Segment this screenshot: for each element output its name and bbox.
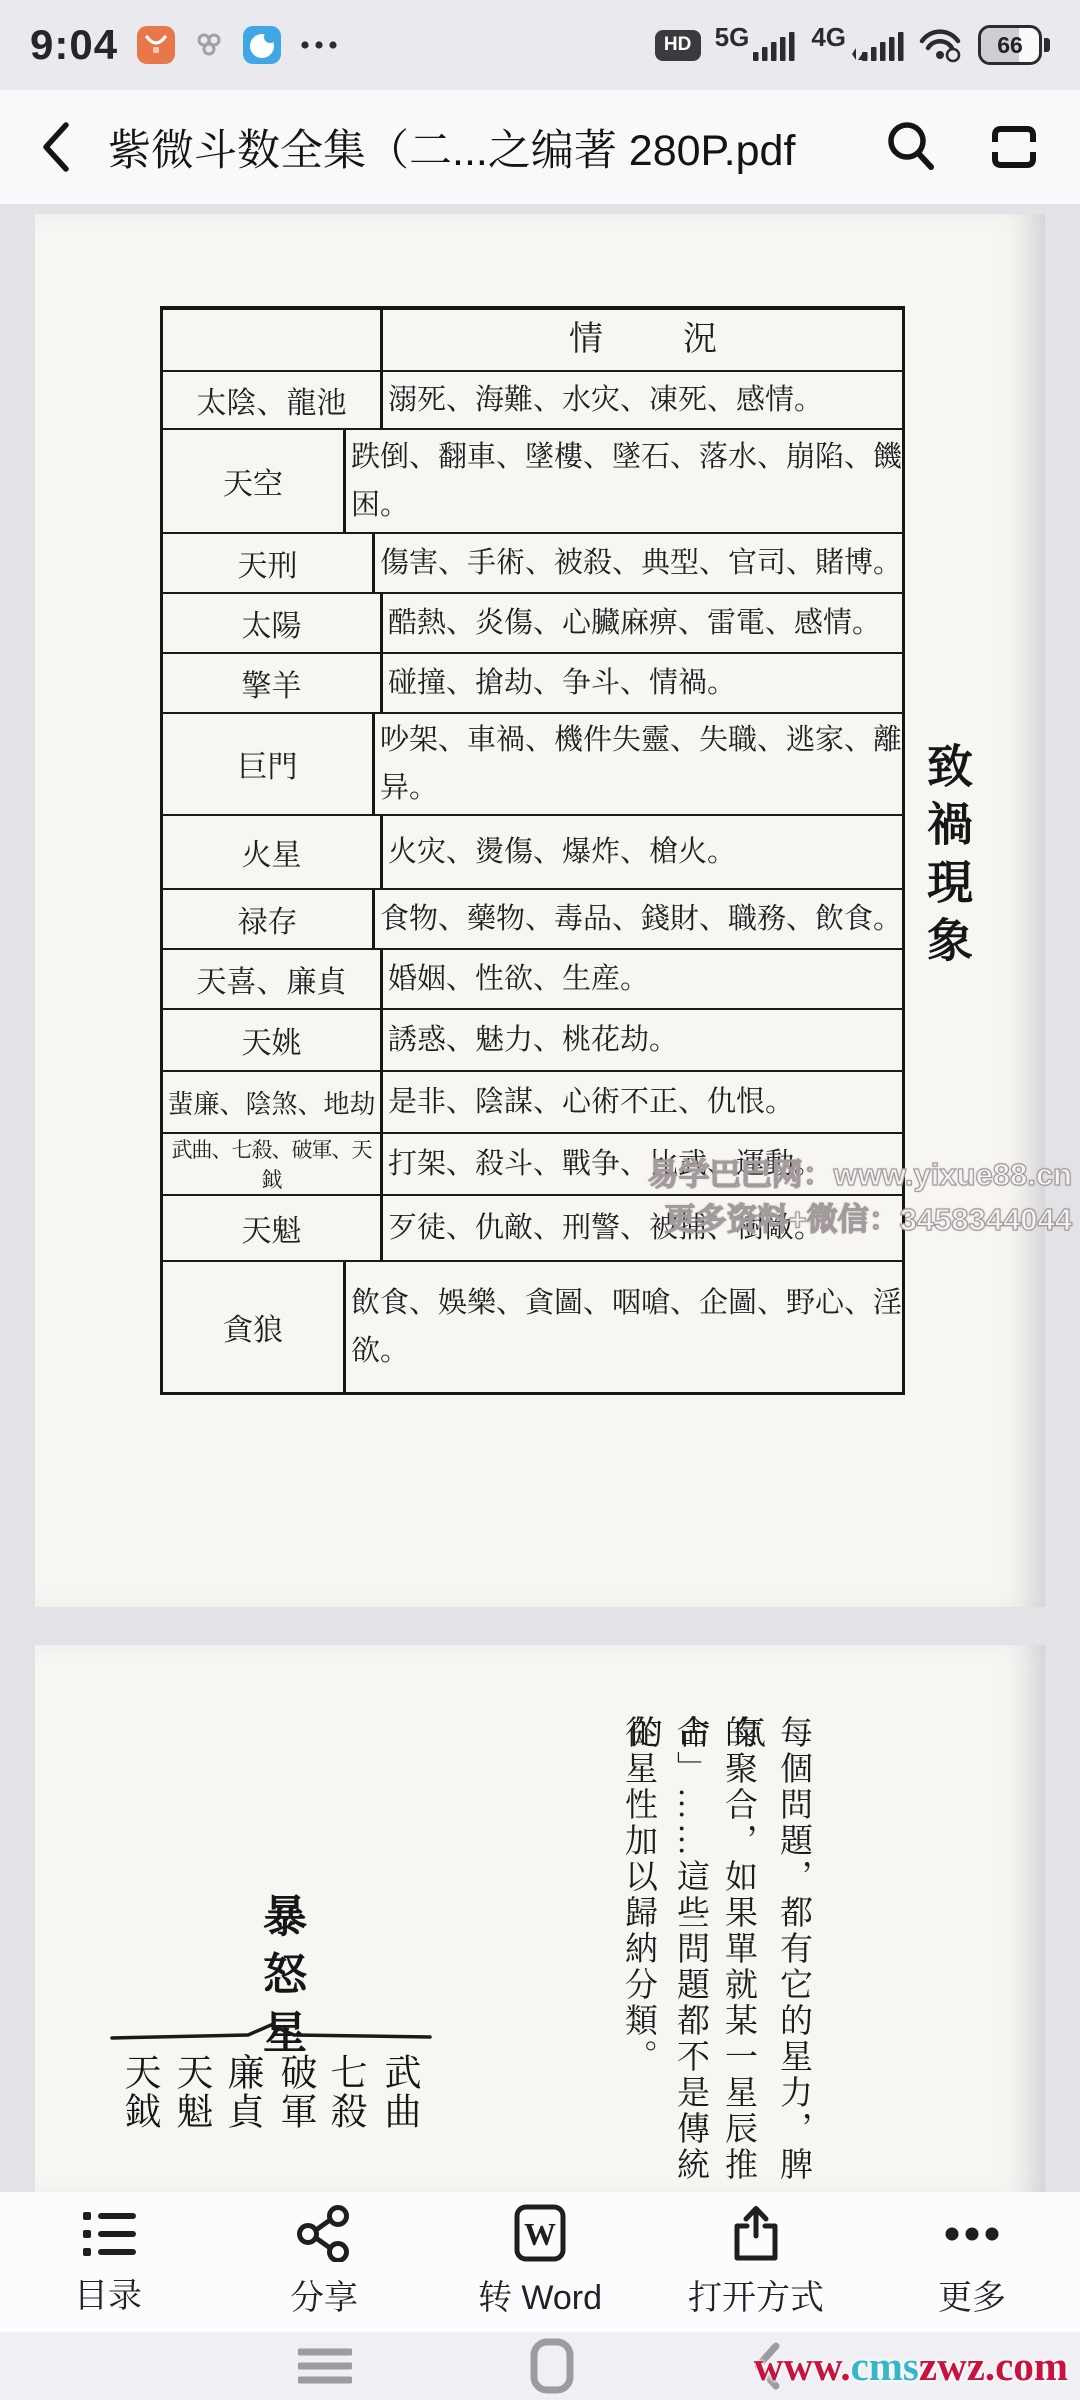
star-name-cell: 天魁 bbox=[163, 1196, 383, 1260]
star-name: 廉貞 bbox=[228, 2053, 268, 2131]
star-name: 天魁 bbox=[177, 2053, 217, 2131]
status-bar: 9:04 HD bbox=[0, 0, 1080, 90]
pdf-canvas[interactable]: 情 況 太陰、龍池 溺死、海難、水灾、凍死、感情。 天空 跌倒、翻車、墜樓、墜石… bbox=[0, 205, 1080, 2400]
vertical-text-column: 的聚合，如果單就某一星辰推占 bbox=[720, 1715, 762, 2195]
situation-cell: 吵架、車禍、機件失靈、失職、逃家、離 异。 bbox=[375, 714, 902, 814]
double-bracket-icon[interactable] bbox=[986, 120, 1042, 174]
situation-cell: 飲食、娛樂、貪圖、咽嗆、企圖、野心、淫 欲。 bbox=[346, 1262, 902, 1392]
star-name-cell: 太陰、龍池 bbox=[163, 372, 383, 428]
star-name-cell: 天姚 bbox=[163, 1010, 383, 1070]
situation-cell: 碰撞、搶劫、争斗、情禍。 bbox=[383, 654, 902, 712]
star-name-cell: 禄存 bbox=[163, 890, 375, 948]
word-doc-icon: W bbox=[510, 2204, 570, 2262]
brace-line bbox=[110, 2021, 432, 2041]
star-name-cell: 天喜、廉貞 bbox=[163, 950, 383, 1008]
table-header-row: 情 況 bbox=[163, 310, 902, 370]
site-watermark: www.cmszwz.com bbox=[754, 2342, 1068, 2390]
toolbar-item-more[interactable]: 更多 bbox=[864, 2192, 1080, 2332]
table-row: 擎羊 碰撞、搶劫、争斗、情禍。 bbox=[163, 652, 902, 712]
situation-cell: 溺死、海難、水灾、凍死、感情。 bbox=[383, 372, 902, 428]
back-chevron-icon[interactable] bbox=[38, 119, 74, 175]
signal-4g: 4G bbox=[811, 28, 904, 62]
star-name-cell: 武曲、七殺、破軍、天鉞 bbox=[163, 1134, 383, 1194]
star-name-cell: 天刑 bbox=[163, 534, 375, 592]
situation-cell: 傷害、手術、被殺、典型、官司、賭博。 bbox=[375, 534, 902, 592]
situation-cell: 酷熱、炎傷、心臟麻痹、雷電、感情。 bbox=[383, 594, 902, 652]
app-header: 紫微斗数全集（二...之编著 280P.pdf bbox=[0, 90, 1080, 205]
home-icon[interactable] bbox=[530, 2338, 574, 2394]
table-row: 天姚 誘惑、魅力、桃花劫。 bbox=[163, 1008, 902, 1070]
bottom-toolbar: 目录 分享 W 转 Word 打开方式 bbox=[0, 2192, 1080, 2333]
table-row: 太陰、龍池 溺死、海難、水灾、凍死、感情。 bbox=[163, 370, 902, 428]
star-name-cell: 蜚廉、陰煞、地劫 bbox=[163, 1072, 383, 1132]
yixue-watermark-line1: 易学巴巴网：www.yixue88.cn bbox=[648, 1152, 1072, 1197]
mi-store-icon bbox=[136, 25, 176, 65]
star-name: 破軍 bbox=[281, 2053, 321, 2131]
list-icon bbox=[77, 2204, 139, 2260]
table-row: 天喜、廉貞 婚姻、性欲、生産。 bbox=[163, 948, 902, 1008]
signal-bars-icon bbox=[850, 28, 904, 62]
star-name-cell: 天空 bbox=[163, 430, 346, 532]
moon-app-icon bbox=[242, 25, 282, 65]
situation-cell: 誘惑、魅力、桃花劫。 bbox=[383, 1010, 902, 1070]
table-row: 巨門 吵架、車禍、機件失靈、失職、逃家、離 异。 bbox=[163, 712, 902, 814]
yixue-watermark: 易学巴巴网：www.yixue88.cn 更多资料+微信：3458344044 bbox=[648, 1152, 1072, 1242]
open-with-icon bbox=[726, 2204, 786, 2262]
yixue-watermark-line2: 更多资料+微信：3458344044 bbox=[648, 1197, 1072, 1242]
clock: 9:04 bbox=[30, 21, 118, 69]
situation-cell: 火灾、燙傷、爆炸、槍火。 bbox=[383, 816, 902, 888]
site-watermark-www: www. bbox=[754, 2343, 851, 2389]
wifi-icon bbox=[918, 27, 964, 63]
pdf-page-1: 情 況 太陰、龍池 溺死、海難、水灾、凍死、感情。 天空 跌倒、翻車、墜樓、墜石… bbox=[35, 214, 1045, 1607]
table-row: 天空 跌倒、翻車、墜樓、墜石、落水、崩陷、饑 困。 bbox=[163, 428, 902, 532]
clover-icon bbox=[194, 32, 224, 58]
battery-indicator: 66 bbox=[978, 25, 1050, 65]
situation-cell: 婚姻、性欲、生産。 bbox=[383, 950, 902, 1008]
vertical-text-column: 每個問題，都有它的星力，脾氣 bbox=[775, 1715, 817, 2195]
table-row: 禄存 食物、藥物、毒品、錢財、職務、飲食。 bbox=[163, 888, 902, 948]
document-title: 紫微斗数全集（二...之编著 280P.pdf bbox=[108, 117, 864, 178]
table-row: 天刑 傷害、手術、被殺、典型、官司、賭博。 bbox=[163, 532, 902, 592]
toolbar-item-catalog[interactable]: 目录 bbox=[0, 2192, 216, 2332]
star-name-cell: 火星 bbox=[163, 816, 383, 888]
vertical-text-column: 命」……這些問題都不是傳統的 bbox=[672, 1715, 714, 2195]
svg-text:W: W bbox=[524, 2216, 556, 2252]
star-name: 天鉞 bbox=[125, 2053, 165, 2131]
table-row: 貪狼 飲食、娛樂、貪圖、咽嗆、企圖、野心、淫 欲。 bbox=[163, 1260, 902, 1392]
hd-badge: HD bbox=[655, 30, 701, 61]
more-dots-icon bbox=[941, 2204, 1003, 2262]
star-name-cell: 太陽 bbox=[163, 594, 383, 652]
side-caption: 致禍現象 bbox=[913, 742, 979, 974]
star-name: 武曲 bbox=[385, 2053, 425, 2131]
more-dots-icon bbox=[300, 40, 342, 50]
recents-icon[interactable] bbox=[298, 2343, 352, 2389]
table-row: 蜚廉、陰煞、地劫 是非、陰謀、心術不正、仇恨。 bbox=[163, 1070, 902, 1132]
share-icon bbox=[295, 2204, 353, 2262]
table-row: 太陽 酷熱、炎傷、心臟麻痹、雷電、感情。 bbox=[163, 592, 902, 652]
situation-cell: 食物、藥物、毒品、錢財、職務、飲食。 bbox=[375, 890, 902, 948]
star-name: 七殺 bbox=[331, 2053, 371, 2131]
situation-cell: 是非、陰謀、心術不正、仇恨。 bbox=[383, 1072, 902, 1132]
battery-nub bbox=[1044, 38, 1050, 52]
site-watermark-zwz: zwz.com bbox=[919, 2343, 1068, 2389]
vertical-text-column: 從星性加以歸納分類。 bbox=[620, 1715, 662, 2075]
situation-cell: 跌倒、翻車、墜樓、墜石、落水、崩陷、饑 困。 bbox=[346, 430, 902, 532]
search-icon[interactable] bbox=[884, 120, 938, 174]
toolbar-item-to-word[interactable]: W 转 Word bbox=[432, 2192, 648, 2332]
pdf-page-2: 每個問題，都有它的星力，脾氣 的聚合，如果單就某一星辰推占 命」……這些問題都不… bbox=[35, 1645, 1045, 2195]
star-name-cell: 貪狼 bbox=[163, 1262, 346, 1392]
toolbar-item-open-with[interactable]: 打开方式 bbox=[648, 2192, 864, 2332]
table-header-situation: 情 況 bbox=[383, 310, 902, 370]
site-watermark-cms: cms bbox=[851, 2343, 919, 2389]
phone-screen: 9:04 HD bbox=[0, 0, 1080, 2400]
toolbar-item-share[interactable]: 分享 bbox=[216, 2192, 432, 2332]
table-row: 火星 火灾、燙傷、爆炸、槍火。 bbox=[163, 814, 902, 888]
signal-bars-icon bbox=[753, 28, 797, 62]
signal-5g: 5G bbox=[715, 28, 798, 62]
table-header-empty bbox=[163, 310, 383, 370]
star-name-cell: 擎羊 bbox=[163, 654, 383, 712]
star-name-cell: 巨門 bbox=[163, 714, 375, 814]
